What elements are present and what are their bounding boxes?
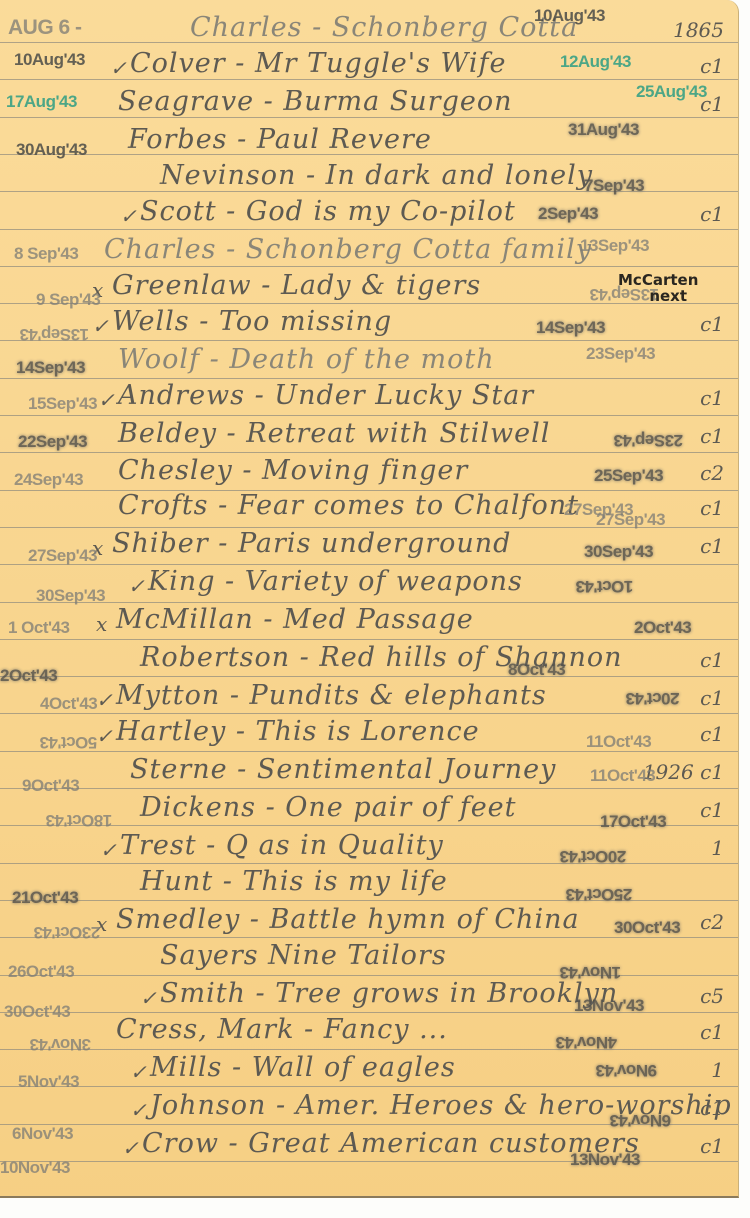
date-due-stamp: 3Nov'43: [30, 1034, 91, 1054]
copy-count: c1: [700, 424, 724, 448]
return-date-stamp: 7Sep'43: [584, 176, 644, 196]
entry-title: Sterne - Sentimental Journey: [130, 754, 556, 785]
entry-title: Sayers Nine Tailors: [160, 940, 447, 971]
check-mark-icon: ✓: [98, 388, 115, 412]
entry-title: Cress, Mark - Fancy ...: [116, 1014, 448, 1045]
check-mark-icon: ✓: [110, 56, 127, 80]
copy-count: c1: [700, 798, 724, 822]
entry-title: Nevinson - In dark and lonely: [160, 160, 593, 191]
check-mark-icon: ✓: [130, 1098, 147, 1122]
date-due-stamp: 27Sep'43: [28, 546, 97, 566]
entry-title: Charles - Schonberg Cotta: [190, 12, 578, 43]
date-due-stamp: 4Oct'43: [40, 694, 97, 714]
date-due-stamp: 30Sep'43: [36, 586, 105, 606]
copy-count: c1: [700, 312, 724, 336]
copy-count: 1865: [673, 18, 724, 42]
copy-count: c1: [700, 202, 724, 226]
return-date-stamp: 10Aug'43: [534, 6, 605, 26]
note-line-1: McCarten: [618, 272, 698, 288]
entry-title: Beldey - Retreat with Stilwell: [118, 418, 550, 449]
date-due-stamp: 15Sep'43: [28, 394, 97, 414]
entry-title: Woolf - Death of the moth: [118, 344, 495, 375]
date-due-stamp: 8 Sep'43: [14, 244, 78, 264]
entry-title: Smith - Tree grows in Brooklyn: [160, 978, 618, 1009]
check-mark-icon: ✓: [92, 314, 109, 338]
return-date-stamp: 20Oct'43: [560, 846, 626, 866]
check-mark-icon: ✓: [96, 724, 113, 748]
return-date-stamp: 25Oct'43: [566, 884, 632, 904]
return-date-stamp: 23Sep'43: [586, 344, 655, 364]
date-due-stamp: 24Sep'43: [14, 470, 83, 490]
copy-count: c1: [700, 722, 724, 746]
ruled-line: [0, 340, 738, 341]
note-line-2: next: [638, 288, 698, 304]
check-mark-icon: ✓: [100, 838, 117, 862]
date-due-stamp: 9 Sep'43: [36, 290, 100, 310]
date-due-stamp: 21Oct'43: [12, 888, 78, 908]
ruled-line: [0, 639, 738, 640]
ruled-line: [0, 378, 738, 379]
ruled-line: [0, 713, 738, 714]
date-due-stamp: 22Sep'43: [18, 432, 87, 452]
copy-count: c1: [700, 648, 724, 672]
copy-count: 1: [711, 836, 724, 860]
return-date-stamp: 30Sep'43: [584, 542, 653, 562]
entry-title: Mytton - Pundits & elephants: [116, 680, 547, 711]
entry-title: Shiber - Paris underground: [112, 528, 511, 559]
entry-title: Smedley - Battle hymn of China: [116, 904, 580, 935]
date-due-stamp: 2Oct'43: [0, 666, 57, 686]
cross-mark-icon: x: [96, 612, 107, 636]
return-date-stamp: 6Nov'43: [610, 1110, 671, 1130]
copy-count: c1: [700, 1134, 724, 1158]
date-due-stamp: 17Aug'43: [6, 92, 77, 112]
copy-count: c1: [700, 386, 724, 410]
copy-count: c5: [700, 984, 724, 1008]
date-due-stamp: 5Oct'43: [40, 732, 97, 752]
entry-title: King - Variety of weapons: [148, 566, 523, 597]
ruled-line: [0, 788, 738, 789]
margin-note: McCarten next: [618, 272, 698, 304]
copy-count: c1: [700, 54, 724, 78]
date-due-stamp: 30Aug'43: [16, 140, 87, 160]
date-due-stamp: 26Oct'43: [8, 962, 74, 982]
entry-title: Trest - Q as in Quality: [120, 830, 444, 861]
return-date-stamp: 27Sep'43: [596, 510, 665, 530]
copy-count: c1: [700, 1096, 724, 1120]
check-mark-icon: ✓: [120, 204, 137, 228]
entry-title: Mills - Wall of eagles: [150, 1052, 456, 1083]
entry-title: Charles - Schonberg Cotta family: [104, 234, 592, 265]
date-due-stamp: 10Aug'43: [14, 50, 85, 70]
entry-title: Hunt - This is my life: [140, 866, 448, 897]
check-mark-icon: ✓: [128, 574, 145, 598]
library-card: AUG 6 - Charles - Schonberg Cotta1865✓Co…: [0, 0, 739, 1198]
ruled-line: [0, 602, 738, 603]
date-due-stamp: 13Sep'43: [20, 324, 89, 344]
ruled-line: [0, 415, 738, 416]
entry-title: Wells - Too missing: [112, 306, 392, 337]
ruled-line: [0, 676, 738, 677]
return-date-stamp: 13Sep'43: [580, 236, 649, 256]
copy-count: c1: [700, 534, 724, 558]
return-date-stamp: 14Sep'43: [536, 318, 605, 338]
copy-count: c1: [700, 1020, 724, 1044]
entry-title: McMillan - Med Passage: [116, 604, 474, 635]
ruled-line: [0, 975, 738, 976]
return-date-stamp: 1Nov'43: [560, 962, 621, 982]
date-due-stamp: 5Nov'43: [18, 1072, 79, 1092]
return-date-stamp: 17Oct'43: [600, 812, 666, 832]
copy-count: c1: [700, 496, 724, 520]
entry-title: Seagrave - Burma Surgeon: [118, 86, 513, 117]
entry-title: Forbes - Paul Revere: [128, 124, 432, 155]
return-date-stamp: 25Sep'43: [594, 466, 663, 486]
date-due-stamp: 14Sep'43: [16, 358, 85, 378]
entry-title: Greenlaw - Lady & tigers: [112, 270, 481, 301]
date-due-stamp: 6Nov'43: [12, 1124, 73, 1144]
return-date-stamp: 11Oct'43: [586, 732, 651, 752]
copy-count: c2: [700, 461, 724, 485]
entry-title: Colver - Mr Tuggle's Wife: [130, 48, 506, 79]
return-date-stamp: 13Nov'43: [570, 1150, 640, 1170]
return-date-stamp: 8Oct'43: [508, 660, 565, 680]
check-mark-icon: ✓: [122, 1136, 139, 1160]
return-date-stamp: 2Sep'43: [538, 204, 598, 224]
entry-title: Scott - God is my Co-pilot: [140, 196, 516, 227]
return-date-stamp: 12Aug'43: [560, 52, 631, 72]
ruled-line: [0, 1049, 738, 1050]
return-date-stamp: 13Nov'43: [574, 996, 644, 1016]
date-due-stamp: 23Oct'43: [34, 922, 100, 942]
check-mark-icon: ✓: [140, 986, 157, 1010]
return-date-stamp: 20ct'43: [626, 688, 679, 708]
date-due-stamp: 9Oct'43: [22, 776, 79, 796]
date-due-stamp: 1 Oct'43: [8, 618, 69, 638]
return-date-stamp: 25Aug'43: [636, 82, 707, 102]
ruled-line: [0, 266, 738, 267]
ruled-line: [0, 452, 738, 453]
date-due-stamp: 30Oct'43: [4, 1002, 70, 1022]
return-date-stamp: 1Oct'43: [576, 576, 633, 596]
entry-title: Crow - Great American customers: [142, 1128, 640, 1159]
return-date-stamp: 2Oct'43: [634, 618, 691, 638]
return-date-stamp: 23Sep'43: [614, 430, 683, 450]
date-due-stamp: 18Oct'43: [46, 810, 112, 830]
date-due-stamp: 10Nov'43: [0, 1158, 70, 1178]
return-date-stamp: 9Nov'43: [596, 1060, 657, 1080]
entry-title: Hartley - This is Lorence: [116, 716, 480, 747]
entry-title: Chesley - Moving finger: [118, 455, 468, 486]
ruled-line: [0, 229, 738, 230]
return-date-stamp: 11Oct'43: [590, 766, 655, 786]
return-date-stamp: 4Nov'43: [556, 1032, 617, 1052]
return-date-stamp: 30Oct'43: [614, 918, 680, 938]
copy-count: c2: [700, 910, 724, 934]
entry-title: Crofts - Fear comes to Chalfont: [118, 490, 579, 521]
check-mark-icon: ✓: [130, 1060, 147, 1084]
ruled-line: [0, 1086, 738, 1087]
copy-count: 1: [711, 1058, 724, 1082]
ruled-line: [0, 863, 738, 864]
entry-title: Dickens - One pair of feet: [140, 792, 517, 823]
return-date-stamp: 31Aug'43: [568, 120, 639, 140]
check-mark-icon: ✓: [96, 688, 113, 712]
entry-title: Andrews - Under Lucky Star: [118, 380, 534, 411]
copy-count: c1: [700, 686, 724, 710]
header-date-stamp: AUG 6 -: [8, 16, 82, 40]
